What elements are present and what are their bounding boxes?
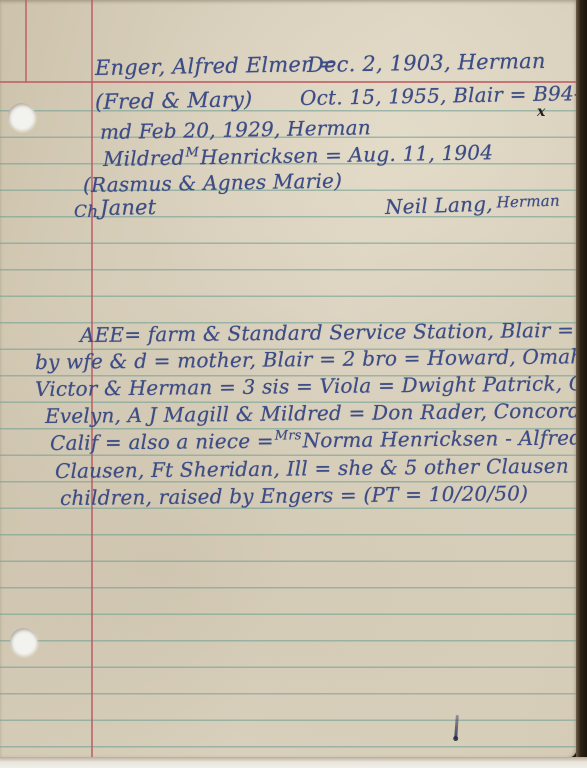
pencil-x-mark: x [537, 104, 545, 120]
left-margin-line [25, 0, 27, 83]
notes-line-5-post: Norma Henricksen - Alfred [302, 425, 582, 452]
notes-line-5-pre: Calif = also a niece = [50, 429, 274, 455]
informant-place: Herman [496, 192, 560, 212]
entry-name: Enger, Alfred Elmer = [95, 52, 336, 80]
spouse-inserted-initial: M [185, 145, 199, 160]
notes-line-5-superscript: Mrs [275, 428, 302, 443]
punch-hole-bottom [10, 628, 37, 655]
entry-parents: (Fred & Mary) [95, 87, 253, 114]
spouse-first-name: Mildred [103, 146, 185, 171]
scan-edge-right [576, 0, 587, 758]
child-name: Janet [100, 195, 157, 220]
punch-hole-top [8, 103, 35, 130]
spouse-parents: (Rasmus & Agnes Marie) [83, 168, 343, 197]
informant-name: Neil Lang, [385, 192, 493, 219]
entry-marriage: md Feb 20, 1929, Herman [100, 115, 371, 144]
children-label: Ch [74, 202, 98, 222]
notebook-page: Enger, Alfred Elmer = Dec. 2, 1903, Herm… [0, 0, 577, 758]
scan-edge-bottom [0, 757, 587, 768]
spouse-surname-and-birth: Henricksen = Aug. 11, 1904 [200, 140, 493, 169]
notes-line-7: children, raised by Engers = (PT = 10/20… [60, 481, 528, 510]
entry-birth: Dec. 2, 1903, Herman [307, 49, 546, 77]
